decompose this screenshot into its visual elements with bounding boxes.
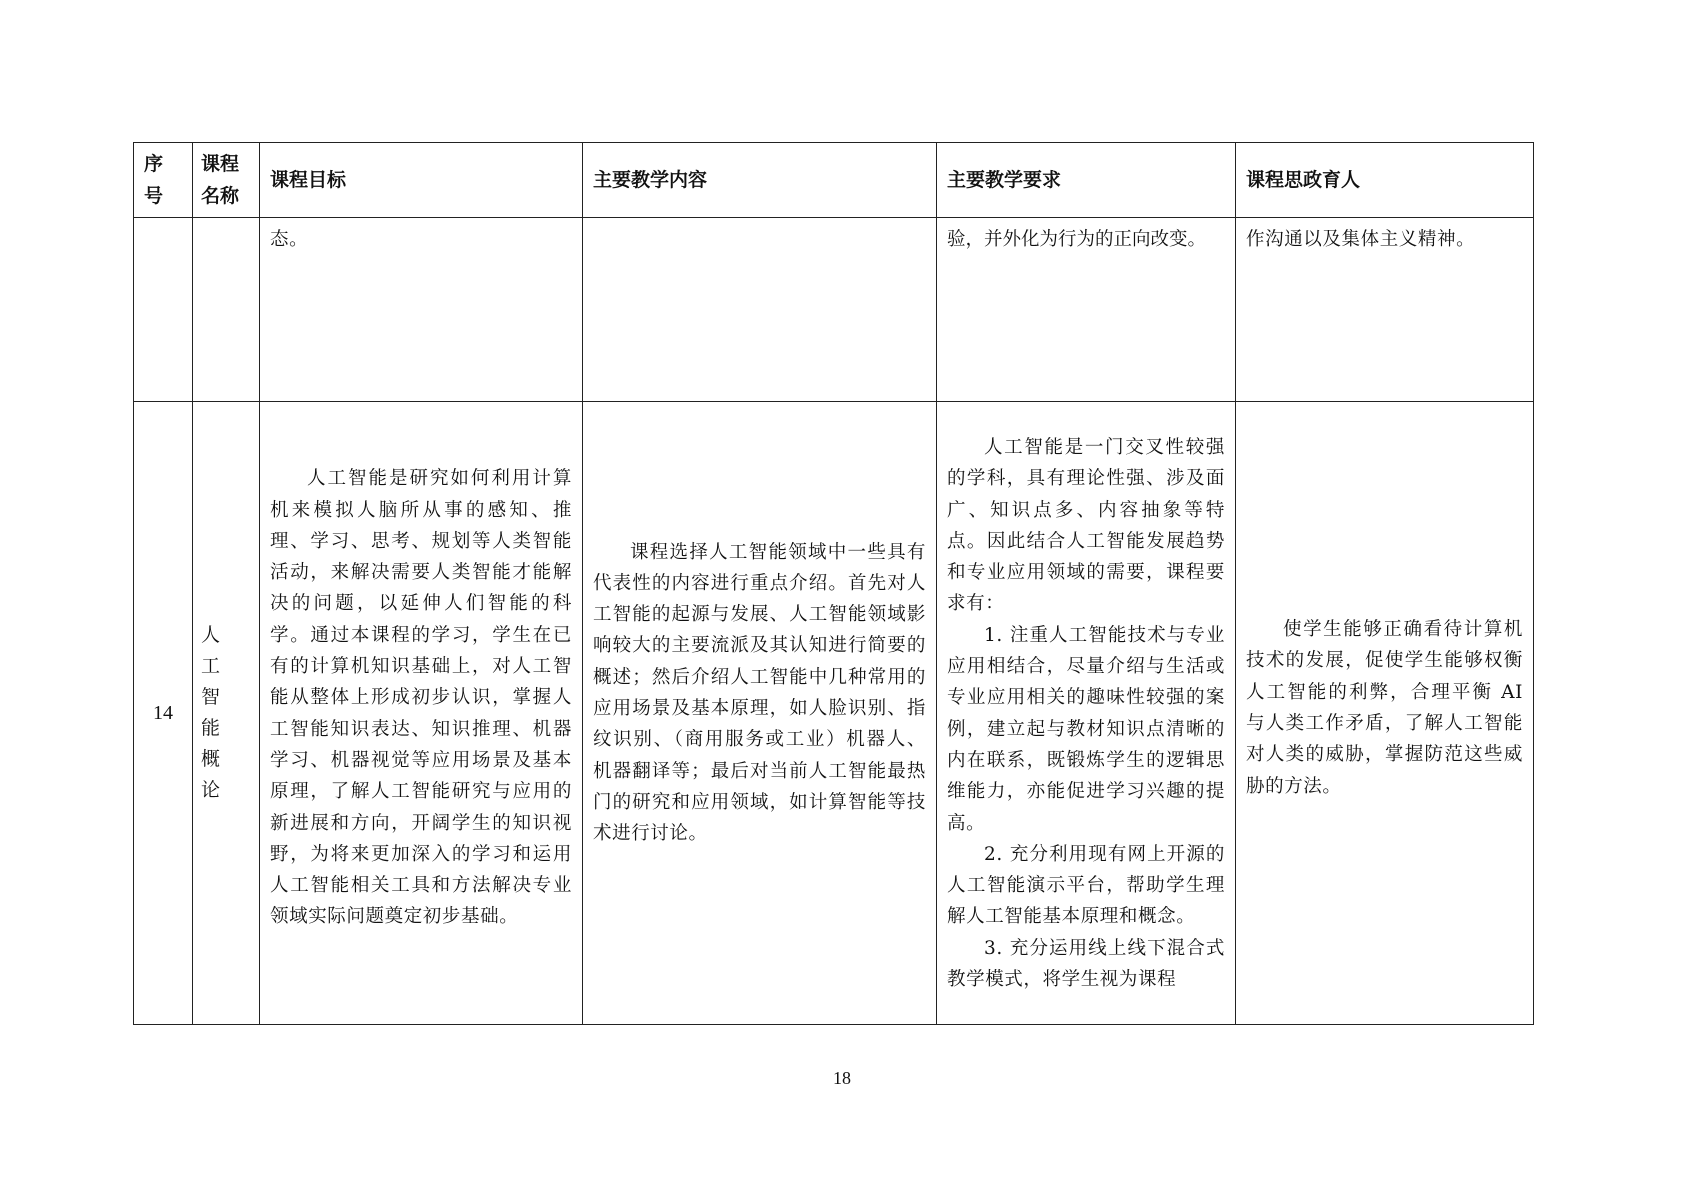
cell-main-content: [583, 218, 937, 402]
cell-ideology: 使学生能够正确看待计算机技术的发展，促使学生能够权衡人工智能的利弊，合理平衡 A…: [1236, 402, 1534, 1025]
requirement-list: 人工智能是一门交叉性较强的学科，具有理论性强、涉及面广、知识点多、内容抽象等特点…: [937, 402, 1235, 995]
cell-course-name: 人工智能概论: [193, 402, 260, 1025]
cell-course-goal: 人工智能是研究如何利用计算机来模拟人脑所从事的感知、推理、学习、思考、规划等人类…: [260, 402, 583, 1025]
requirement-intro: 人工智能是一门交叉性较强的学科，具有理论性强、涉及面广、知识点多、内容抽象等特点…: [947, 432, 1225, 620]
header-main-content: 主要教学内容: [583, 143, 937, 218]
page-number: 18: [0, 1068, 1684, 1089]
cell-course-goal: 态。: [260, 218, 583, 402]
header-course-goal: 课程目标: [260, 143, 583, 218]
table-row-continuation: 态。 验，并外化为行为的正向改变。 作沟通以及集体主义精神。: [134, 218, 1534, 402]
header-course-name: 课程名称: [193, 143, 260, 218]
cell-main-requirement: 人工智能是一门交叉性较强的学科，具有理论性强、涉及面广、知识点多、内容抽象等特点…: [937, 402, 1236, 1025]
requirement-item-1: 1. 注重人工智能技术与专业应用相结合，尽量介绍与生活或专业应用相关的趣味性较强…: [947, 620, 1225, 839]
cell-ideology: 作沟通以及集体主义精神。: [1236, 218, 1534, 402]
table-row: 14 人工智能概论 人工智能是研究如何利用计算机来模拟人脑所从事的感知、推理、学…: [134, 402, 1534, 1025]
cell-course-name: [193, 218, 260, 402]
table-header-row: 序号 课程名称 课程目标 主要教学内容 主要教学要求 课程思政育人: [134, 143, 1534, 218]
course-table: 序号 课程名称 课程目标 主要教学内容 主要教学要求 课程思政育人: [133, 142, 1534, 1025]
header-seq: 序号: [134, 143, 193, 218]
cell-seq: [134, 218, 193, 402]
cell-main-requirement: 验，并外化为行为的正向改变。: [937, 218, 1236, 402]
requirement-item-2: 2. 充分利用现有网上开源的人工智能演示平台，帮助学生理解人工智能基本原理和概念…: [947, 839, 1225, 933]
header-ideology: 课程思政育人: [1236, 143, 1534, 218]
requirement-item-3: 3. 充分运用线上线下混合式教学模式，将学生视为课程: [947, 933, 1225, 996]
document-page: 序号 课程名称 课程目标 主要教学内容 主要教学要求 课程思政育人: [0, 0, 1684, 1191]
cell-seq: 14: [134, 402, 193, 1025]
cell-main-content: 课程选择人工智能领域中一些具有代表性的内容进行重点介绍。首先对人工智能的起源与发…: [583, 402, 937, 1025]
header-main-requirement: 主要教学要求: [937, 143, 1236, 218]
